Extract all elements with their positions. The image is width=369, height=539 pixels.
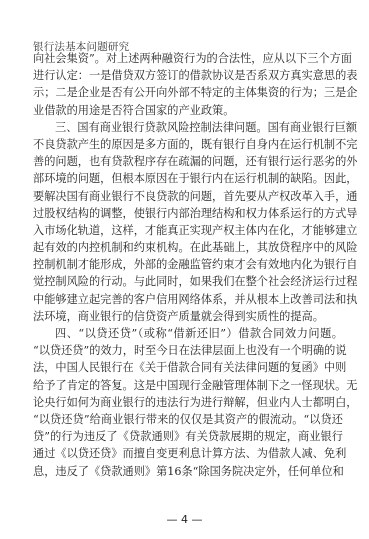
- text-line: 中能够建立起完善的客户信用网络体系，并从根本上改善司法和执: [33, 291, 343, 308]
- text-line: 进行认定：一是借贷双方签订的借款协议是否系双方真实意思的表: [33, 67, 343, 84]
- text-line: 法，中国人民银行在《关于借款合同有关法律问题的复函》中则: [33, 359, 343, 376]
- section-heading-line: 三、国有商业银行贷款风险控制法律问题。国有商业银行巨额: [33, 119, 343, 136]
- text-line: 过股权结构的调整，使银行内部治理结构和权力体系运行的方式导: [33, 205, 343, 222]
- text-line: 法环境，商业银行的信贷资产质量就会得到实质性的提高。: [33, 308, 343, 325]
- text-line: 贷”的行为违反了《贷款通则》有关贷款展期的规定，商业银行: [33, 428, 343, 445]
- section-heading-line: 四、“以贷还贷”（或称“借新还旧”）借款合同效力问题。: [33, 325, 343, 342]
- text-line: “以贷还贷”给商业银行带来的仅仅是其资产的假流动。“以贷还: [33, 411, 343, 428]
- text-line: 给予了肯定的答复。这是中国现行金融管理体制下之一怪现状。无: [33, 377, 343, 394]
- text-line: 论央行如何为商业银行的违法行为进行辩解，但业内人士都明白，: [33, 394, 343, 411]
- body-text: 向社会集资”。对上述两种融资行为的合法性，应从以下三个方面 进行认定：一是借贷双…: [33, 50, 343, 480]
- text-line: 不良贷款产生的原因是多方面的，既有银行自身内在运行机制不完: [33, 136, 343, 153]
- text-line: 觉控制风险的行动。与此同时，如果我们在整个社会经济运行过程: [33, 273, 343, 290]
- text-line: 示；二是企业是否有公开向外部不特定的主体集资的行为；三是企: [33, 84, 343, 101]
- text-line: 控制机制才能形成，外部的金融监管约束才会有效地内化为银行自: [33, 256, 343, 273]
- text-line: 息，违反了《贷款通则》第16条“除国务院决定外，任何单位和: [33, 463, 343, 480]
- text-line: 向社会集资”。对上述两种融资行为的合法性，应从以下三个方面: [33, 50, 343, 67]
- page-number: — 4 —: [0, 513, 369, 526]
- text-line: 部环境的问题，但根本原因在于银行内在运行机制的缺陷。因此，: [33, 170, 343, 187]
- text-line: 要解决国有商业银行不良贷款的问题，首先要从产权改革入手，通: [33, 188, 343, 205]
- text-line: 通过《以贷还贷》而擅自变更利息计算方法、为借款人减、免利: [33, 445, 343, 462]
- text-line: 入市场化轨道，这样，才能真正实现产权主体内在化，才能够建立: [33, 222, 343, 239]
- text-line: 起有效的内控机制和约束机构。在此基础上，其放贷程序中的风险: [33, 239, 343, 256]
- text-line: 善的问题，也有贷款程序存在疏漏的问题，还有银行运行恶劣的外: [33, 153, 343, 170]
- text-line: 业借款的用途是否符合国家的产业政策。: [33, 102, 343, 119]
- text-line: “以贷还贷”的效力，时至今日在法律层面上也没有一个明确的说: [33, 342, 343, 359]
